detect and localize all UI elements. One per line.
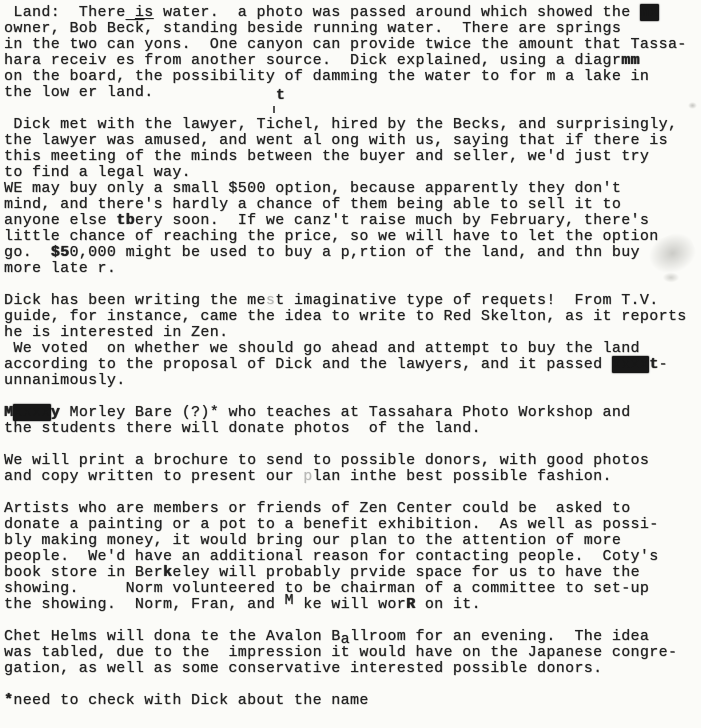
- text-line: owner, Bob Beck, standing beside running…: [4, 21, 701, 37]
- text-segment: t: [649, 356, 658, 373]
- text-segment: eley will probably prvide space for us t…: [172, 564, 640, 581]
- text-segment: Chet Helms will dona te the Avalon B: [4, 628, 341, 645]
- text-line: on the board, the possibility of damming…: [4, 69, 701, 85]
- text-segment: need to check with Dick about the name: [13, 692, 368, 709]
- paragraph-lawyer-option: Dick met with the lawyer, Tichel, hired …: [4, 117, 701, 277]
- text-segment: gation, as well as some conservative int…: [4, 660, 603, 677]
- text-segment: is: [135, 4, 154, 21]
- text-line: this meeting of the minds between the bu…: [4, 149, 701, 165]
- text-segment: little chance of reaching the price, so …: [4, 228, 659, 245]
- text-line: Mxxxxy Morley Bare (?)* who teaches at T…: [4, 405, 701, 421]
- text-segment: p: [303, 468, 312, 485]
- text-segment: water. a photo was passed around which s…: [154, 4, 640, 21]
- text-segment: ck: [126, 20, 145, 37]
- text-segment: We voted on whether we should go ahead a…: [4, 340, 640, 357]
- text-segment: ke will wor: [294, 596, 406, 613]
- text-line: book store in Berkeley will probably prv…: [4, 565, 701, 581]
- text-segment: on it.: [415, 596, 480, 613]
- text-line: the lawyer was amused, and went al ong w…: [4, 133, 701, 149]
- text-segment: more late r.: [4, 260, 116, 277]
- text-line: mind, and there's hardly a chance of the…: [4, 197, 701, 213]
- text-segment: to find a legal way.: [4, 164, 191, 181]
- text-line: was tabled, due to the impression it wou…: [4, 645, 701, 661]
- text-line: unnanimously.: [4, 373, 701, 389]
- text-segment: We will print a brochure to send to poss…: [4, 452, 649, 469]
- text-segment: Artists who are members or friends of Ze…: [4, 500, 631, 517]
- text-segment: the lawyer was amused, and went al ong w…: [4, 132, 668, 149]
- text-segment: owner, Bob Be: [4, 20, 126, 37]
- text-segment: xxxx: [612, 356, 649, 373]
- text-line: *need to check with Dick about the name: [4, 693, 701, 709]
- text-segment: t imaginative type of requets! From T.V.: [275, 292, 658, 309]
- text-segment: WE may buy only a small $500 option, bec…: [4, 180, 621, 197]
- text-segment: according to the proposal of Dick and th…: [4, 356, 612, 373]
- text-segment: mm: [621, 52, 640, 69]
- text-segment: xxxx: [13, 404, 50, 421]
- text-segment: -: [659, 356, 668, 373]
- text-segment: bly making money, it would bring our pla…: [4, 532, 621, 549]
- text-line: Dick has been writing the mest imaginati…: [4, 293, 701, 309]
- text-line: We voted on whether we should go ahead a…: [4, 341, 701, 357]
- text-segment: showing. Norm volunteered to be chairman…: [4, 580, 649, 597]
- document-page: Land: There is water. a photo was passed…: [0, 0, 701, 728]
- text-line: and copy written to present our plan int…: [4, 469, 701, 485]
- text-segment: y: [51, 404, 60, 421]
- text-segment: donate a painting or a pot to a benefit …: [4, 516, 659, 533]
- text-line: Chet Helms will dona te the Avalon Ballr…: [4, 629, 701, 645]
- text-line: showing. Norm volunteered to be chairman…: [4, 581, 701, 597]
- text-segment: llroom for an evening. The idea: [350, 628, 649, 645]
- text-line: hara receiv es from another source. Dick…: [4, 53, 701, 69]
- text-line: to find a legal way.: [4, 165, 701, 181]
- text-line: Land: There is water. a photo was passed…: [4, 5, 701, 21]
- text-segment: unnanimously.: [4, 372, 126, 389]
- text-segment: hara receiv es from another source. Dick…: [4, 52, 621, 69]
- text-segment: M: [4, 404, 13, 421]
- text-segment: Morley Bare (?)* who teaches at Tassahar…: [60, 404, 630, 421]
- text-segment: guide, for instance, came the idea to wr…: [4, 308, 687, 325]
- text-segment: he is interested in Zen.: [4, 324, 228, 341]
- text-segment: Dick met with the lawyer, Tichel, hired …: [4, 116, 677, 133]
- text-line: the students there will donate photos of…: [4, 421, 701, 437]
- text-segment: in the two can yons. One canyon can prov…: [4, 36, 687, 53]
- text-segment: a: [341, 631, 350, 648]
- text-segment: Dick has been writing the me: [4, 292, 266, 309]
- correction-tick-mark: [273, 106, 275, 113]
- text-segment: ery soon. If we canz't raise much by Feb…: [135, 212, 649, 229]
- typewritten-text: Land: There is water. a photo was passed…: [4, 5, 701, 709]
- paragraph-land-water: Land: There is water. a photo was passed…: [4, 5, 701, 101]
- text-segment: lan inthe best possible fashion.: [313, 468, 612, 485]
- text-line: bly making money, it would bring our pla…: [4, 533, 701, 549]
- paragraph-morley-bare-photos: Mxxxxy Morley Bare (?)* who teaches at T…: [4, 405, 701, 437]
- text-segment: , standing beside running water. There a…: [144, 20, 621, 37]
- text-line: in the two can yons. One canyon can prov…: [4, 37, 701, 53]
- text-line: donate a painting or a pot to a benefit …: [4, 517, 701, 533]
- text-segment: and copy written to present our: [4, 468, 303, 485]
- text-line: We will print a brochure to send to poss…: [4, 453, 701, 469]
- text-line: little chance of reaching the price, so …: [4, 229, 701, 245]
- text-line: he is interested in Zen.: [4, 325, 701, 341]
- text-segment: the showing. Norm, Fran, and: [4, 596, 285, 613]
- paragraph-requests-vote: Dick has been writing the mest imaginati…: [4, 293, 701, 389]
- text-segment: tb: [116, 212, 135, 229]
- text-segment: s: [266, 292, 275, 309]
- paragraph-avalon-ballroom: Chet Helms will dona te the Avalon Ballr…: [4, 629, 701, 677]
- text-segment: mind, and there's hardly a chance of the…: [4, 196, 621, 213]
- text-segment: 0,000 might be used to buy a p,rtion of …: [69, 244, 639, 261]
- text-segment: go.: [4, 244, 51, 261]
- text-line: people. We'd have an additional reason f…: [4, 549, 701, 565]
- text-segment: Land: There: [4, 4, 135, 21]
- text-line: the low er land.: [4, 85, 701, 101]
- text-segment: book store in Ber: [4, 564, 163, 581]
- text-segment: k: [163, 564, 172, 581]
- text-line: go. $50,000 might be used to buy a p,rti…: [4, 245, 701, 261]
- text-segment: anyone else: [4, 212, 116, 229]
- text-line: Dick met with the lawyer, Tichel, hired …: [4, 117, 701, 133]
- text-line: guide, for instance, came the idea to wr…: [4, 309, 701, 325]
- paragraph-footnote: *need to check with Dick about the name: [4, 693, 701, 709]
- text-line: anyone else tbery soon. If we canz't rai…: [4, 213, 701, 229]
- text-segment: people. We'd have an additional reason f…: [4, 548, 659, 565]
- text-segment: the students there will donate photos of…: [4, 420, 481, 437]
- text-segment: M: [285, 592, 294, 609]
- typed-correction-t: t: [276, 88, 285, 104]
- text-line: the showing. Norm, Fran, and M ke will w…: [4, 597, 701, 613]
- text-segment: $5: [51, 244, 70, 261]
- text-line: gation, as well as some conservative int…: [4, 661, 701, 677]
- text-segment: on the board, the possibility of damming…: [4, 68, 649, 85]
- text-segment: this meeting of the minds between the bu…: [4, 148, 649, 165]
- text-line: according to the proposal of Dick and th…: [4, 357, 701, 373]
- text-line: more late r.: [4, 261, 701, 277]
- text-segment: the low er land.: [4, 84, 154, 101]
- text-line: WE may buy only a small $500 option, bec…: [4, 181, 701, 197]
- paragraph-brochure: We will print a brochure to send to poss…: [4, 453, 701, 485]
- paragraph-artists-benefit-show: Artists who are members or friends of Ze…: [4, 501, 701, 613]
- text-segment: mx: [640, 4, 659, 21]
- text-segment: *: [4, 692, 13, 709]
- text-line: Artists who are members or friends of Ze…: [4, 501, 701, 517]
